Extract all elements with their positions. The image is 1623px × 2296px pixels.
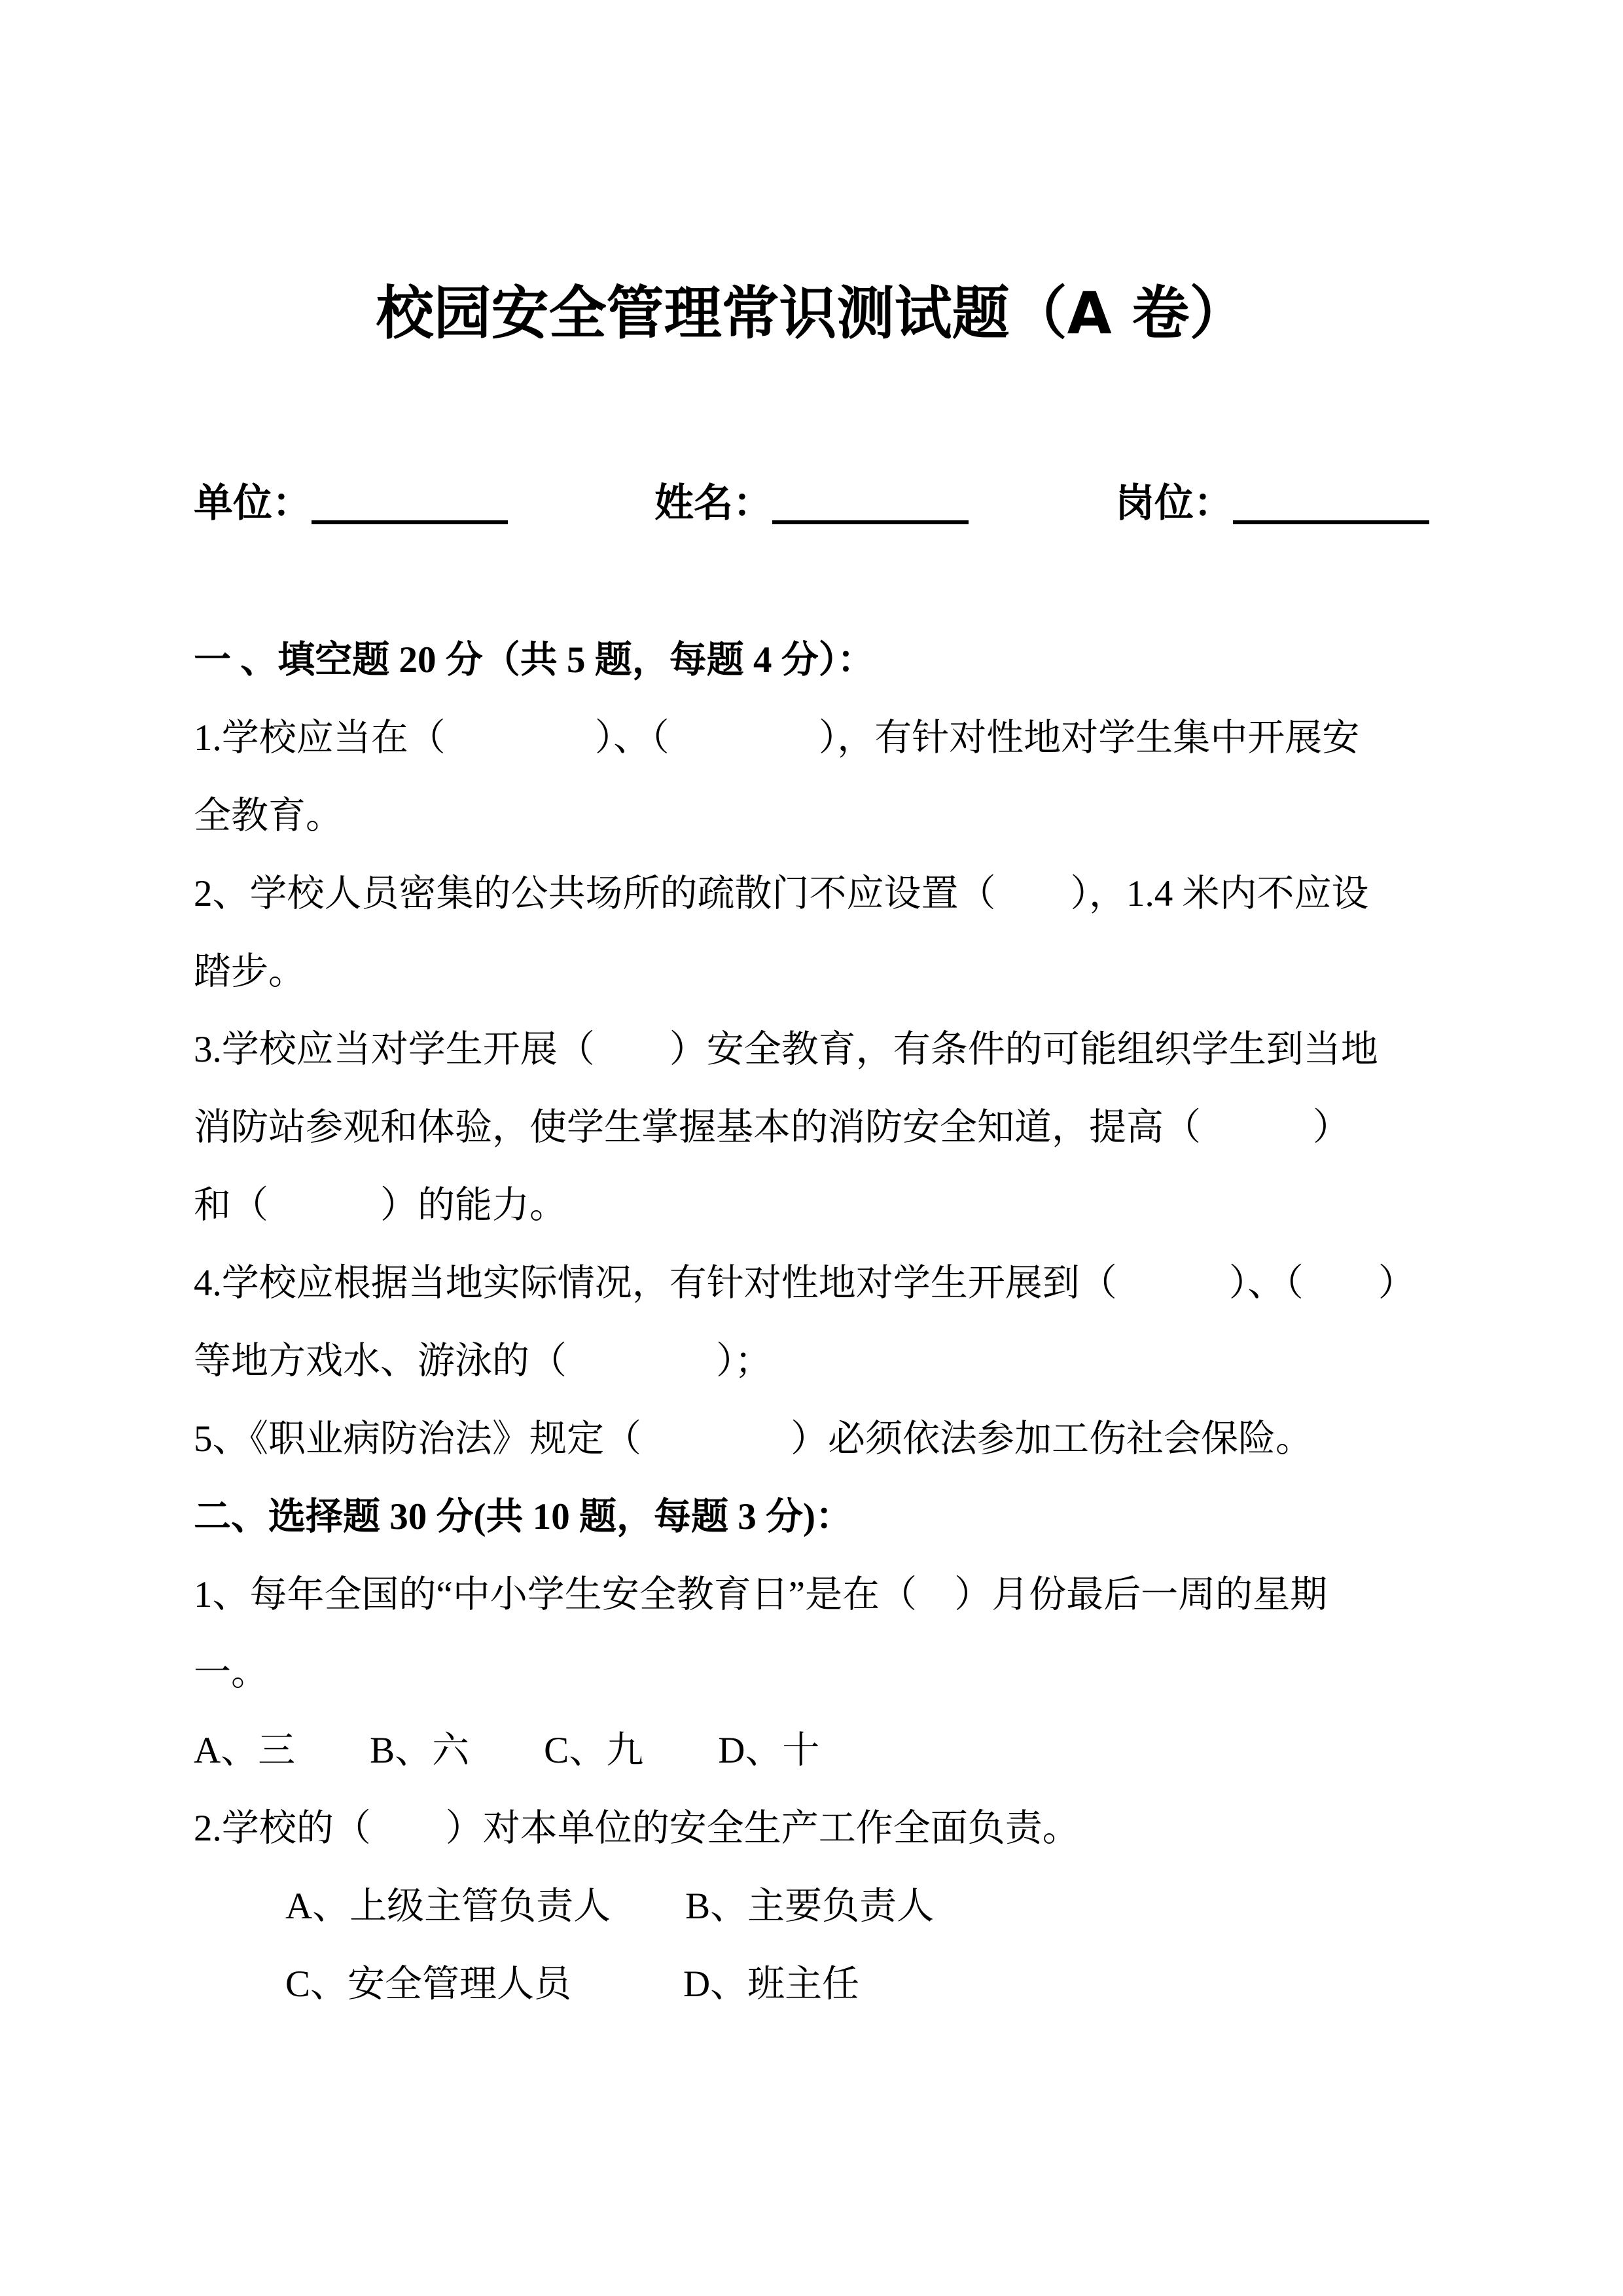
s1-q4-line2: 等地方戏水、游泳的（ ）；: [194, 1322, 1429, 1400]
position-label: 岗位：: [1115, 483, 1233, 524]
s1-q3-line2: 消防站参观和体验，使学生掌握基本的消防安全知道，提高（ ）: [194, 1088, 1429, 1166]
name-field: 姓名：: [654, 482, 969, 524]
name-label: 姓名：: [654, 483, 772, 524]
s2-q2-options-ab: A、上级主管负责人 B、主要负责人: [194, 1867, 1429, 1945]
section1-heading: 一 、填空题 20 分（共 5 题，每题 4 分）：: [194, 621, 1429, 699]
unit-field: 单位：: [194, 482, 508, 524]
name-blank-input[interactable]: [772, 482, 969, 524]
position-field: 岗位：: [1115, 482, 1429, 524]
s2-q1-line1: 1、每年全国的“中小学生安全教育日”是在（ ）月份最后一周的星期: [194, 1556, 1429, 1634]
test-paper-page: 校园安全管理常识测试题（A 卷） 单位： 姓名： 岗位： 一 、填空题 20 分…: [0, 0, 1623, 2296]
s2-q1-options: A、三 B、六 C、九 D、十: [194, 1712, 1429, 1789]
s1-q1-line2: 全教育。: [194, 777, 1429, 855]
position-blank-input[interactable]: [1233, 482, 1429, 524]
s1-q3-line3: 和（ ）的能力。: [194, 1166, 1429, 1244]
unit-label: 单位：: [194, 483, 312, 524]
s1-q1-line1: 1.学校应当在（ ）、（ ），有针对性地对学生集中开展安: [194, 699, 1429, 777]
s2-q2-line: 2.学校的（ ）对本单位的安全生产工作全面负责。: [194, 1789, 1429, 1867]
unit-blank-input[interactable]: [312, 482, 508, 524]
header-form: 单位： 姓名： 岗位：: [194, 482, 1429, 524]
s1-q2-line1: 2、学校人员密集的公共场所的疏散门不应设置（ ），1.4 米内不应设: [194, 855, 1429, 933]
s1-q5-line: 5、《职业病防治法》规定（ ）必须依法参加工伤社会保险。: [194, 1400, 1429, 1478]
s2-q1-line2: 一。: [194, 1634, 1429, 1712]
page-title: 校园安全管理常识测试题（A 卷）: [194, 0, 1429, 346]
s1-q3-line1: 3.学校应当对学生开展（ ）安全教育，有条件的可能组织学生到当地: [194, 1011, 1429, 1088]
section2-heading: 二、选择题 30 分(共 10 题，每题 3 分)：: [194, 1478, 1429, 1556]
s1-q2-line2: 踏步。: [194, 933, 1429, 1011]
s1-q4-line1: 4.学校应根据当地实际情况，有针对性地对学生开展到（ ）、（ ）: [194, 1244, 1429, 1322]
document-body: 一 、填空题 20 分（共 5 题，每题 4 分）： 1.学校应当在（ ）、（ …: [194, 621, 1429, 2023]
s2-q2-options-cd: C、安全管理人员 D、班主任: [194, 1945, 1429, 2023]
